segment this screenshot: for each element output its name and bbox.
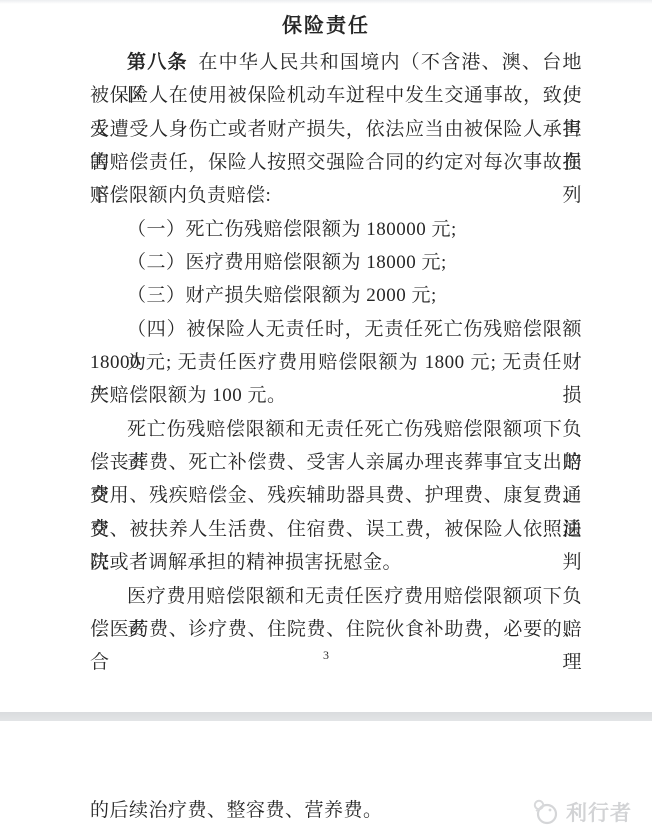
text-line: 费、被扶养人生活费、住宿费、误工费，被保险人依照法院判 — [90, 513, 582, 546]
text-line: 死亡伤残赔偿限额和无责任死亡伤残赔偿限额项下负责赔 — [90, 413, 582, 446]
text-line: 偿医药费、诊疗费、住院费、住院伙食补助费，必要的、合理 — [90, 613, 582, 646]
text-run: （二）医疗费用赔偿限额为 18000 元; — [127, 252, 447, 273]
text-run: 失赔偿限额为 100 元。 — [90, 385, 287, 406]
next-page-text-line: 的后续治疗费、整容费、营养费。 — [90, 794, 383, 827]
text-run: （三）财产损失赔偿限额为 2000 元; — [127, 285, 437, 306]
document-body: 第八条在中华人民共和国境内（不含港、澳、台地区），被保险人在使用被保险机动车过程… — [90, 46, 582, 646]
text-line: 医疗费用赔偿限额和无责任医疗费用赔偿限额项下负责赔 — [90, 580, 582, 613]
text-line: 18000 元; 无责任医疗费用赔偿限额为 1800 元; 无责任财产损 — [90, 346, 582, 379]
text-run: （一）死亡伤残赔偿限额为 180000 元; — [127, 219, 457, 240]
text-line: 害赔偿责任，保险人按照交强险合同的约定对每次事故在下列 — [90, 146, 582, 179]
text-line: （三）财产损失赔偿限额为 2000 元; — [90, 279, 582, 312]
watermark-logo-icon — [531, 797, 561, 827]
watermark: 利行者 — [531, 797, 632, 827]
page-break-divider — [0, 712, 652, 721]
page-top-edge — [0, 0, 652, 4]
text-run: 决或者调解承担的精神损害抚慰金。 — [90, 552, 402, 573]
page-number: 3 — [0, 648, 652, 663]
text-run: 赔偿限额内负责赔偿: — [90, 185, 271, 206]
document-page: 保险责任 第八条在中华人民共和国境内（不含港、澳、台地区），被保险人在使用被保险… — [0, 0, 652, 838]
text-line: 偿丧葬费、死亡补偿费、受害人亲属办理丧葬事宜支出的交通 — [90, 446, 582, 479]
article-number-label: 第八条 — [127, 52, 188, 73]
text-line: （二）医疗费用赔偿限额为 18000 元; — [90, 246, 582, 279]
watermark-label: 利行者 — [566, 797, 632, 827]
text-line: （一）死亡伤残赔偿限额为 180000 元; — [90, 213, 582, 246]
text-run: 偿医药费、诊疗费、住院费、住院伙食补助费，必要的、合理 — [90, 619, 582, 673]
text-line: 人遭受人身伤亡或者财产损失，依法应当由被保险人承担的损 — [90, 113, 582, 146]
text-line: 第八条在中华人民共和国境内（不含港、澳、台地区）， — [90, 46, 582, 79]
text-line: 被保险人在使用被保险机动车过程中发生交通事故，致使受害 — [90, 79, 582, 112]
section-title: 保险责任 — [0, 9, 652, 38]
text-line: 费用、残疾赔偿金、残疾辅助器具费、护理费、康复费、交通 — [90, 479, 582, 512]
text-line: （四）被保险人无责任时，无责任死亡伤残赔偿限额为 — [90, 313, 582, 346]
